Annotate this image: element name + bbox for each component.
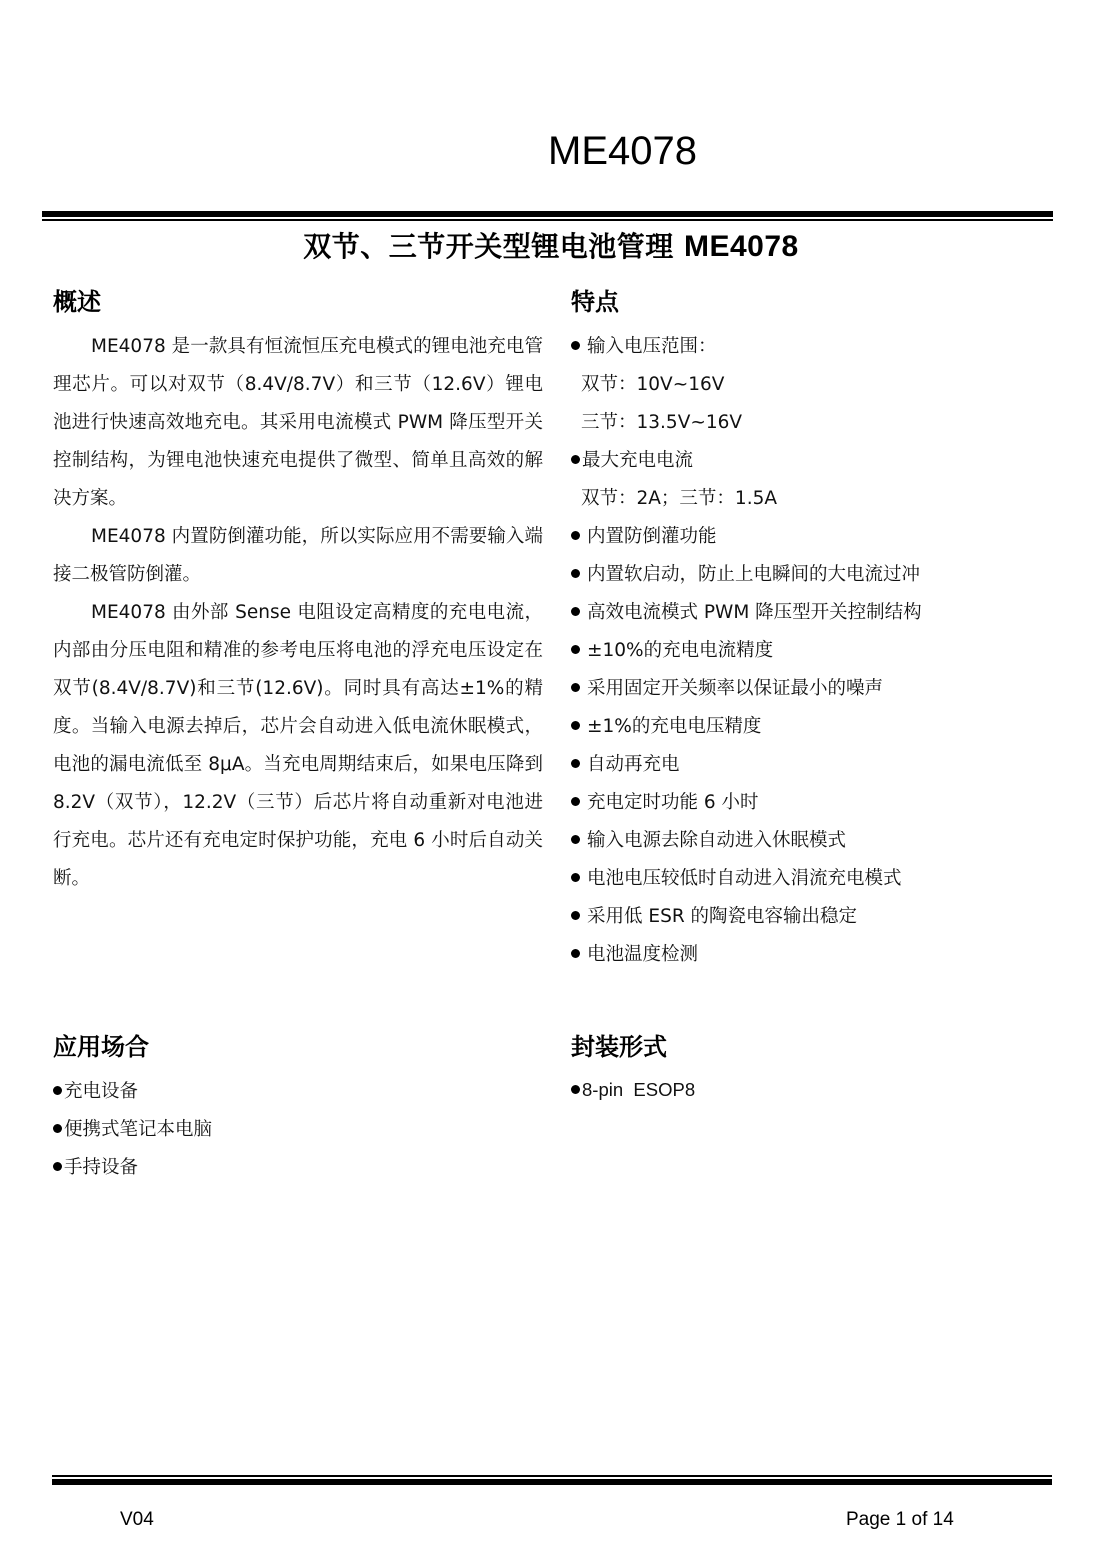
bullet-icon [571,797,580,806]
feature-item: 电池电压较低时自动进入涓流充电模式 [571,860,1051,898]
bullet-icon [53,1124,62,1133]
feature-sub-item: 双节：2A；三节：1.5A [571,480,1051,518]
document-title-chinese: 双节、三节开关型锂电池管理 [303,230,674,263]
bullet-icon [571,607,580,616]
feature-item: 输入电源去除自动进入休眠模式 [571,822,1051,860]
bullet-icon [571,341,580,350]
bullet-icon [53,1162,62,1171]
overview-heading: 概述 [53,287,101,317]
header-rule-thin [42,219,1053,221]
bullet-icon [571,911,580,920]
package-list: 8-pin ESOP8 [571,1071,1051,1110]
bullet-icon [571,455,580,464]
footer-version: V04 [120,1509,154,1531]
bullet-icon [571,1085,580,1094]
feature-item: 内置软启动，防止上电瞬间的大电流过冲 [571,556,1051,594]
overview-paragraph: ME4078 内置防倒灌功能，所以实际应用不需要输入端接二极管防倒灌。 [53,518,543,594]
bullet-icon [571,835,580,844]
application-item: 手持设备 [53,1149,533,1187]
feature-sub-item: 三节：13.5V~16V [571,404,1051,442]
footer-rule-thin [52,1475,1052,1477]
applications-heading: 应用场合 [53,1032,149,1062]
features-heading: 特点 [571,287,619,317]
feature-item: ±10%的充电电流精度 [571,632,1051,670]
document-title: 双节、三节开关型锂电池管理 ME4078 [0,229,1102,265]
overview-body: ME4078 是一款具有恒流恒压充电模式的锂电池充电管理芯片。可以对双节（8.4… [53,328,543,898]
feature-sub-item: 双节：10V~16V [571,366,1051,404]
bullet-icon [571,645,580,654]
application-item: 充电设备 [53,1073,533,1111]
package-item: 8-pin ESOP8 [571,1071,1051,1110]
bullet-icon [53,1086,62,1095]
document-title-model: ME4078 [684,230,799,263]
feature-item: 采用低 ESR 的陶瓷电容输出稳定 [571,898,1051,936]
feature-item: 采用固定开关频率以保证最小的噪声 [571,670,1051,708]
header-rule-thick [42,211,1053,217]
overview-paragraph: ME4078 由外部 Sense 电阻设定高精度的充电电流，内部由分压电阻和精准… [53,594,543,898]
footer-rule-thick [52,1479,1052,1485]
feature-item: 自动再充电 [571,746,1051,784]
feature-item: 高效电流模式 PWM 降压型开关控制结构 [571,594,1051,632]
feature-item: 输入电压范围： [571,328,1051,366]
feature-item: 内置防倒灌功能 [571,518,1051,556]
bullet-icon [571,873,580,882]
bullet-icon [571,531,580,540]
features-list: 输入电压范围： 双节：10V~16V 三节：13.5V~16V 最大充电电流 双… [571,328,1051,974]
application-item: 便携式笔记本电脑 [53,1111,533,1149]
overview-paragraph: ME4078 是一款具有恒流恒压充电模式的锂电池充电管理芯片。可以对双节（8.4… [53,328,543,518]
bullet-icon [571,721,580,730]
bullet-icon [571,759,580,768]
bullet-icon [571,569,580,578]
applications-list: 充电设备 便携式笔记本电脑 手持设备 [53,1073,533,1187]
bullet-icon [571,949,580,958]
package-heading: 封装形式 [571,1032,667,1062]
header-part-number: ME4078 [548,128,697,174]
feature-item: 电池温度检测 [571,936,1051,974]
feature-item: 充电定时功能 6 小时 [571,784,1051,822]
feature-item: ±1%的充电电压精度 [571,708,1051,746]
footer-page-number: Page 1 of 14 [846,1509,954,1531]
feature-item: 最大充电电流 [571,442,1051,480]
bullet-icon [571,683,580,692]
